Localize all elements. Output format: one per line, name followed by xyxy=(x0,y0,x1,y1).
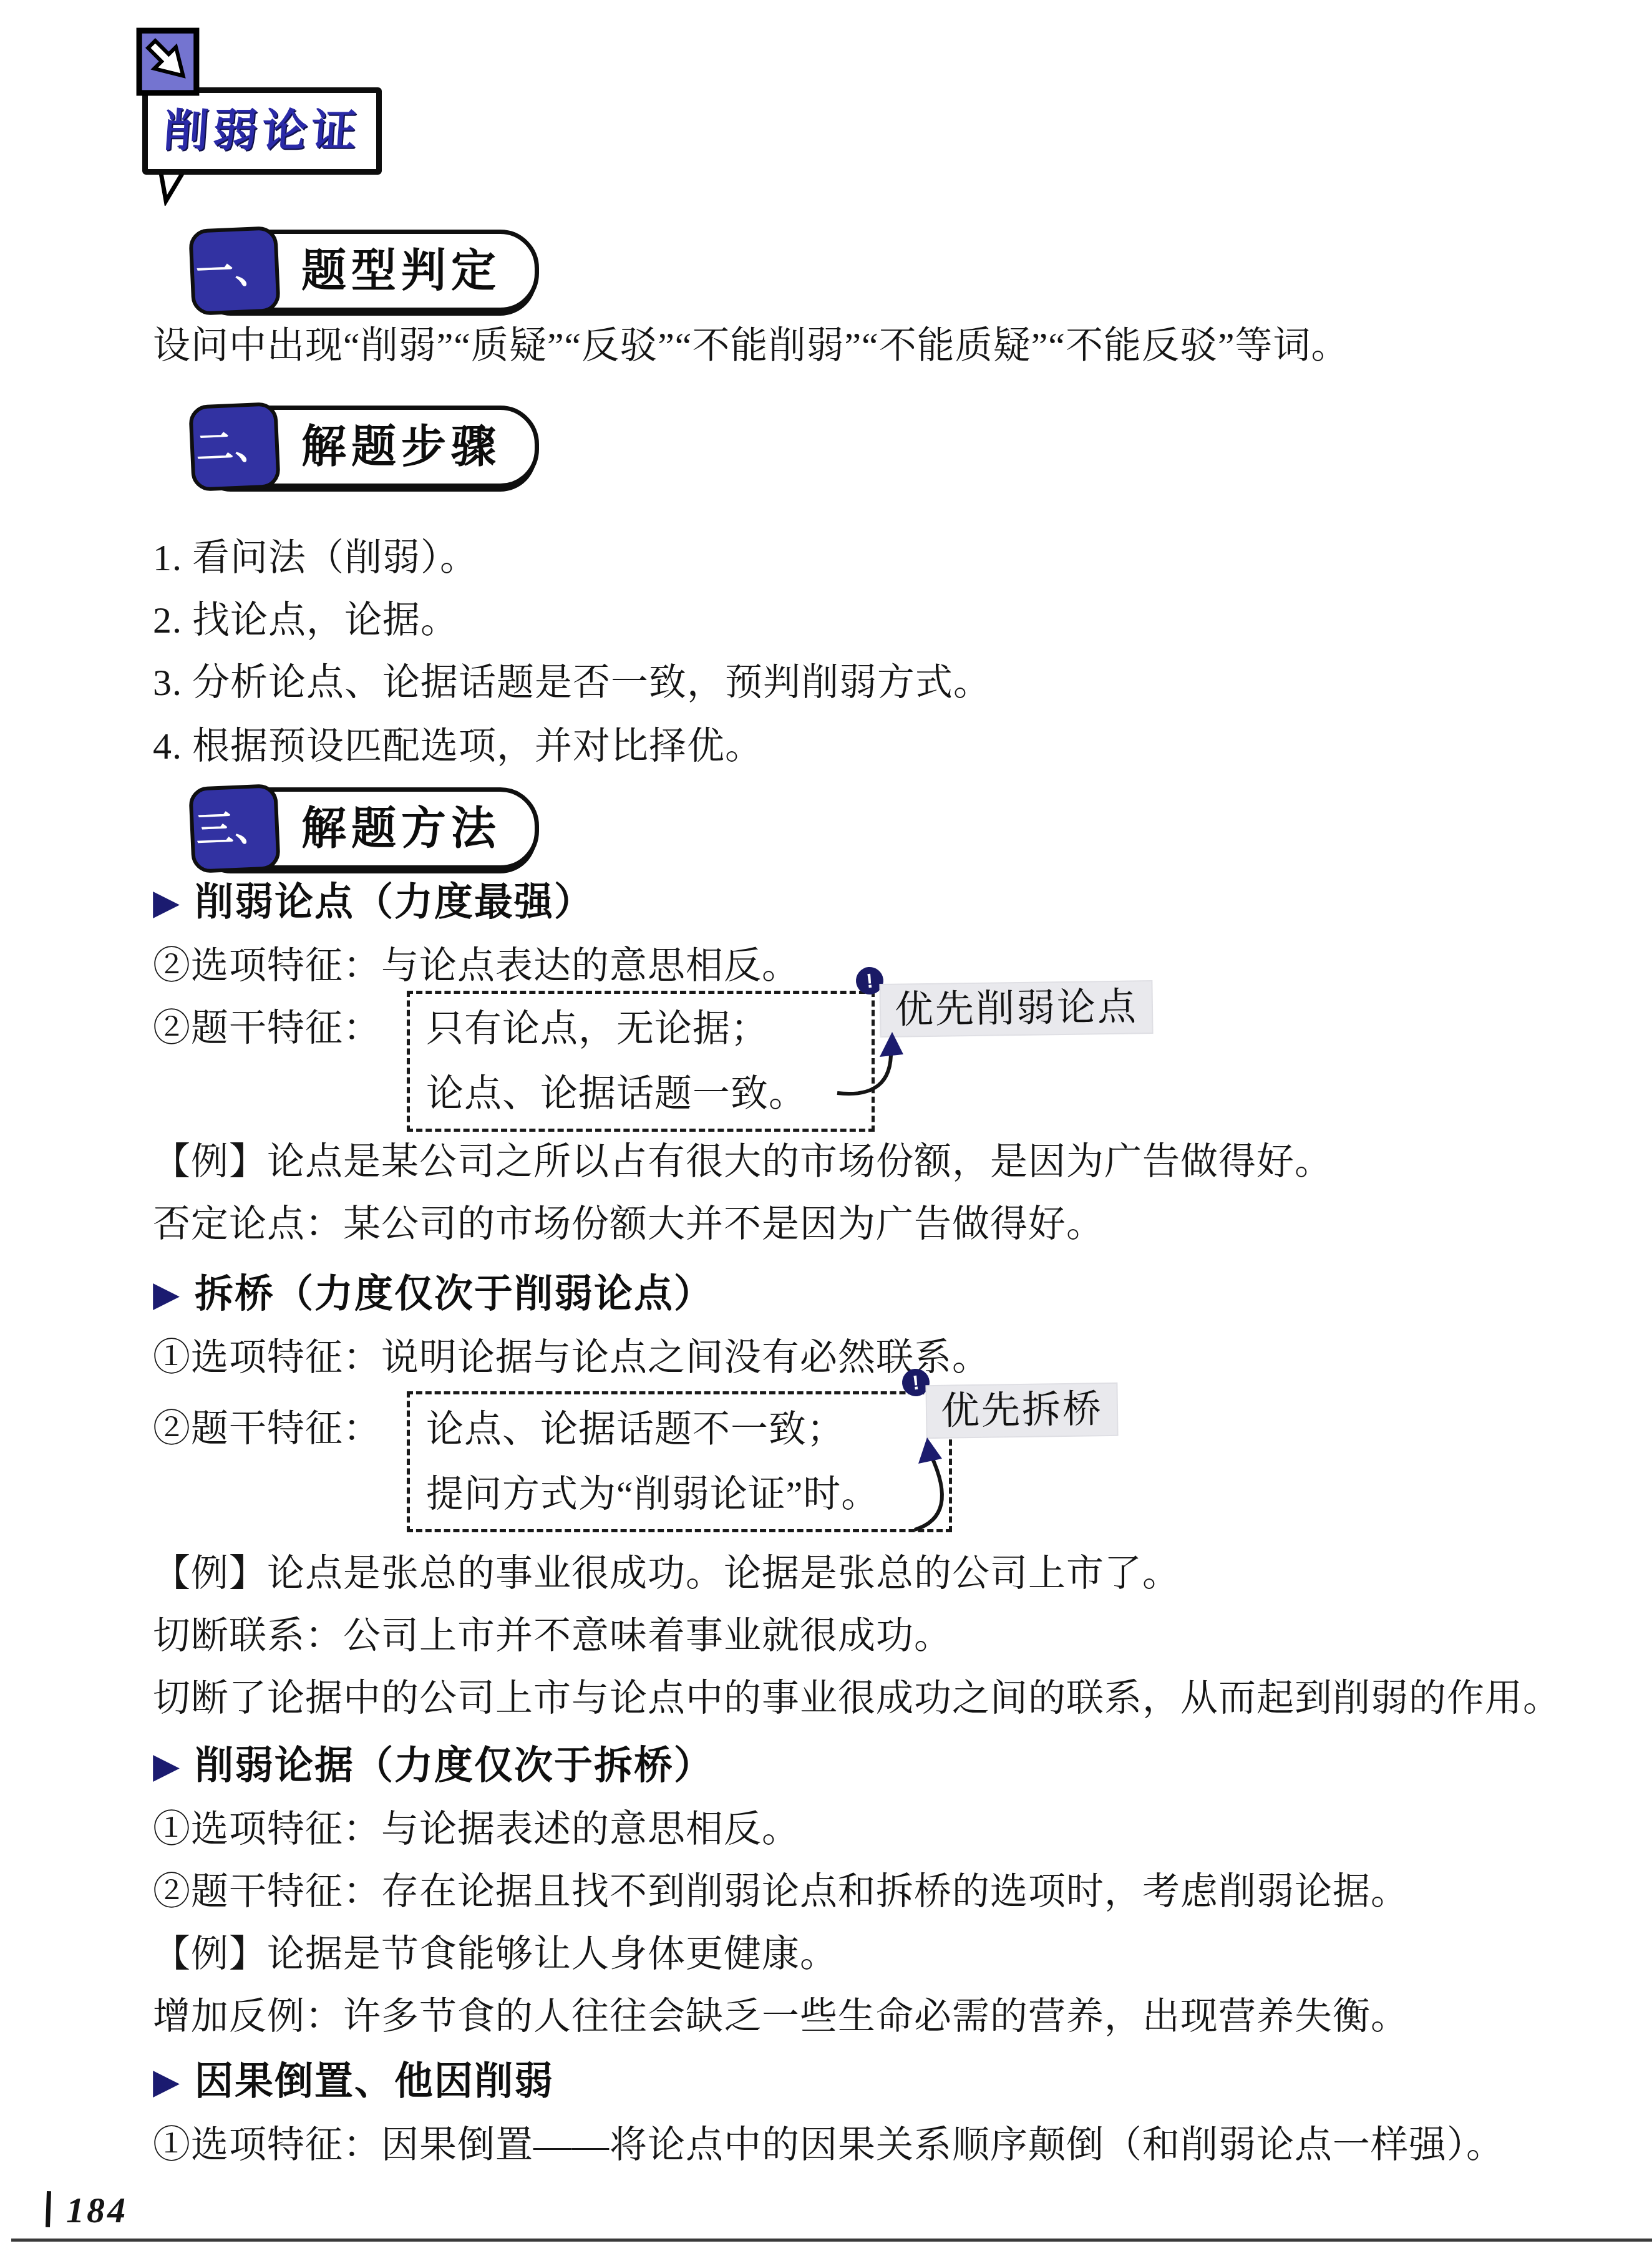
arrow-down-right-icon xyxy=(136,27,200,96)
triangle-bullet-icon: ▶ xyxy=(153,1277,181,1312)
section-title-1: 题型判定 xyxy=(301,248,501,293)
triangle-bullet-icon: ▶ xyxy=(153,2064,181,2099)
example-line: 【例】论据是节食能够让人身体更健康。 xyxy=(153,1935,838,1973)
solving-step-3: 3. 分析论点、论据话题是否一致，预判削弱方式。 xyxy=(153,664,991,701)
document-page: 削弱论证 一、 题型判定 设问中出现“削弱”“质疑”“反驳”“不能削弱”“不能质… xyxy=(0,0,1652,2246)
section-index-2: 二、 xyxy=(188,402,281,492)
page-bottom-edge xyxy=(11,2239,1652,2242)
stem-feature-box: 论点、论据话题不一致； 提问方式为“削弱论证”时。 xyxy=(407,1391,952,1532)
stem-feature-line: ②题干特征：存在论据且找不到削弱论点和拆桥的选项时，考虑削弱论据。 xyxy=(153,1873,1409,1910)
option-feature-line: ①选项特征：与论据表述的意思相反。 xyxy=(153,1811,800,1848)
method-heading-causal-reversal: ▶ 因果倒置、他因削弱 xyxy=(153,2063,554,2101)
section-index-1: 一、 xyxy=(188,226,281,316)
method-heading-text: 削弱论据（力度仅次于拆桥） xyxy=(195,1747,714,1786)
page-number: 184 xyxy=(66,2192,128,2229)
counter-example-line: 增加反例：许多节食的人往往会缺乏一些生命必需的营养，出现营养失衡。 xyxy=(153,1998,1409,2035)
solving-step-2: 2. 找论点，论据。 xyxy=(153,601,459,639)
method-heading-text: 削弱论点（力度最强） xyxy=(195,883,594,922)
option-feature-line: ②选项特征：与论点表达的意思相反。 xyxy=(153,947,800,984)
stem-feature-label: ②题干特征： xyxy=(153,1410,381,1447)
type-judging-line: 设问中出现“削弱”“质疑”“反驳”“不能削弱”“不能质疑”“不能反驳”等词。 xyxy=(153,327,1349,364)
solving-step-4: 4. 根据预设匹配选项，并对比择优。 xyxy=(153,727,763,765)
method-heading-dismantle-bridge: ▶ 拆桥（力度仅次于削弱论点） xyxy=(153,1275,714,1314)
chapter-title: 削弱论证 xyxy=(162,109,362,153)
section-heading-2: 二、 解题步骤 xyxy=(192,406,539,488)
section-title-2: 解题步骤 xyxy=(301,424,501,469)
example-line: 【例】论点是某公司之所以占有很大的市场份额，是因为广告做得好。 xyxy=(153,1143,1333,1180)
triangle-bullet-icon: ▶ xyxy=(153,885,181,920)
cut-link-line: 切断联系：公司上市并不意味着事业就很成功。 xyxy=(153,1617,952,1655)
page-number-tick xyxy=(46,2191,51,2227)
stem-box-line: 只有论点，无论据； xyxy=(426,996,855,1061)
priority-arrow xyxy=(897,1435,984,1537)
method-heading-weaken-viewpoint: ▶ 削弱论点（力度最强） xyxy=(153,883,594,922)
method-heading-text: 因果倒置、他因削弱 xyxy=(195,2063,554,2101)
negate-line: 否定论点：某公司的市场份额大并不是因为广告做得好。 xyxy=(153,1205,1104,1243)
section-heading-3: 三、 解题方法 xyxy=(192,787,539,870)
method-heading-text: 拆桥（力度仅次于削弱论点） xyxy=(195,1275,714,1314)
priority-arrow xyxy=(833,1031,933,1117)
section-heading-1: 一、 题型判定 xyxy=(192,230,539,312)
chapter-title-badge: 削弱论证 xyxy=(142,87,382,175)
stem-box-line: 提问方式为“削弱论证”时。 xyxy=(426,1462,933,1527)
example-line: 【例】论点是张总的事业很成功。论据是张总的公司上市了。 xyxy=(153,1555,1180,1592)
method-heading-weaken-evidence: ▶ 削弱论据（力度仅次于拆桥） xyxy=(153,1747,714,1786)
stem-box-line: 论点、论据话题不一致； xyxy=(426,1397,933,1462)
option-feature-line: ①选项特征：因果倒置——将论点中的因果关系顺序颠倒（和削弱论点一样强）。 xyxy=(153,2126,1504,2164)
priority-note: 优先削弱论点 xyxy=(880,981,1152,1036)
section-title-3: 解题方法 xyxy=(301,806,501,851)
solving-step-1: 1. 看问法（削弱）。 xyxy=(153,539,478,576)
option-feature-line: ①选项特征：说明论据与论点之间没有必然联系。 xyxy=(153,1339,990,1376)
stem-box-line: 论点、论据话题一致。 xyxy=(426,1061,855,1126)
triangle-bullet-icon: ▶ xyxy=(153,1749,181,1784)
stem-feature-box: 只有论点，无论据； 论点、论据话题一致。 xyxy=(407,991,875,1132)
section-index-3: 三、 xyxy=(188,784,281,873)
priority-note: 优先拆桥 xyxy=(926,1384,1117,1437)
stem-feature-label: ②题干特征： xyxy=(153,1009,381,1047)
explanation-line: 切断了论据中的公司上市与论点中的事业很成功之间的联系，从而起到削弱的作用。 xyxy=(153,1680,1561,1717)
